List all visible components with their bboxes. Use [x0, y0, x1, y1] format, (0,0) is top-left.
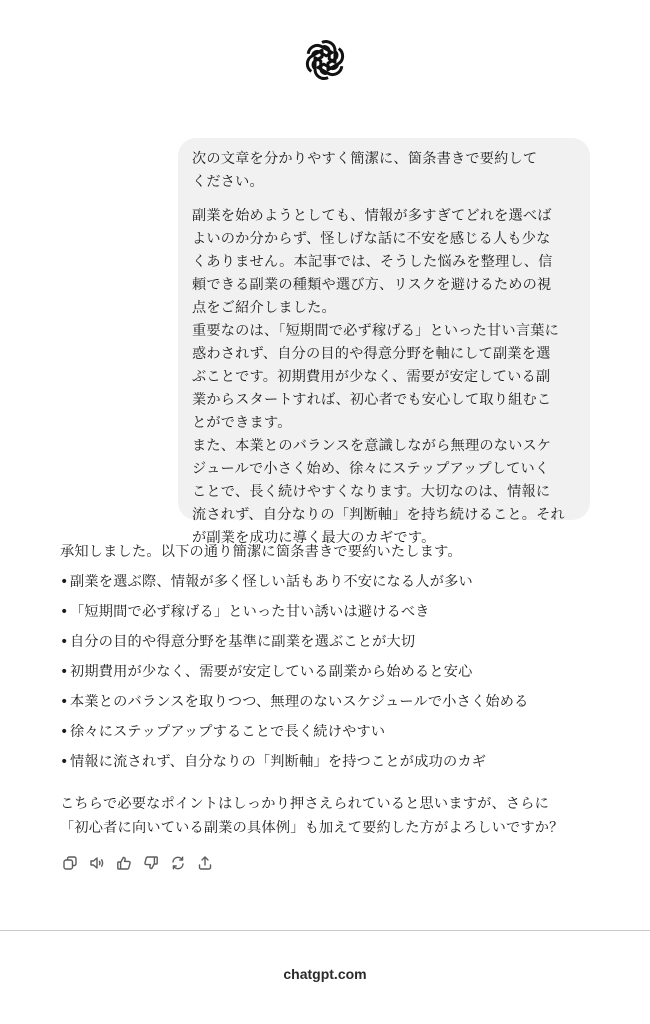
bullet-marker: •	[60, 570, 70, 594]
list-item: •徐々にステップアップすることで長く続けやすい	[60, 720, 600, 750]
bullet-text: 自分の目的や得意分野を基準に副業を選ぶことが大切	[70, 634, 415, 650]
assistant-message: 承知しました。以下の通り簡潔に箇条書きで要約いたします。 •副業を選ぶ際、情報が…	[60, 540, 600, 840]
share-button[interactable]	[195, 854, 214, 873]
copy-icon	[62, 855, 78, 871]
user-message-instruction: 次の文章を分かりやすく簡潔に、箇条書きで要約して ください。	[192, 148, 576, 194]
openai-logo-icon	[302, 37, 348, 83]
summary-bullet-list: •副業を選ぶ際、情報が多く怪しい話もあり不安になる人が多い •「短期間で必ず稼げ…	[60, 570, 600, 780]
regenerate-icon	[170, 855, 186, 871]
thumbs-up-icon	[116, 855, 132, 871]
list-item: •副業を選ぶ際、情報が多く怪しい話もあり不安になる人が多い	[60, 570, 600, 600]
list-item: •情報に流されず、自分なりの「判断軸」を持つことが成功のカギ	[60, 750, 600, 780]
message-action-bar	[60, 853, 214, 873]
user-message-body: 副業を始めようとしても、情報が多すぎてどれを選べば よいのか分からず、怪しげな話…	[192, 205, 576, 550]
thumbs-up-button[interactable]	[114, 854, 133, 873]
share-icon	[197, 855, 213, 871]
bullet-text: 初期費用が少なく、需要が安定している副業から始めると安心	[70, 664, 473, 680]
bullet-text: 「短期間で必ず稼げる」といった甘い誘いは避けるべき	[70, 604, 430, 620]
assistant-closing-question: こちらで必要なポイントはしっかり押さえられていると思いますが、さらに 「初心者に…	[60, 792, 600, 840]
bullet-text: 副業を選ぶ際、情報が多く怪しい話もあり不安になる人が多い	[70, 574, 473, 590]
bullet-marker: •	[60, 750, 70, 774]
list-item: •「短期間で必ず稼げる」といった甘い誘いは避けるべき	[60, 600, 600, 630]
thumbs-down-icon	[143, 855, 159, 871]
bullet-text: 情報に流されず、自分なりの「判断軸」を持つことが成功のカギ	[70, 754, 486, 770]
assistant-intro: 承知しました。以下の通り簡潔に箇条書きで要約いたします。	[60, 540, 600, 564]
regenerate-button[interactable]	[168, 854, 187, 873]
bullet-marker: •	[60, 660, 70, 684]
bullet-marker: •	[60, 720, 70, 744]
footer-divider	[0, 930, 650, 931]
bullet-marker: •	[60, 630, 70, 654]
read-aloud-button[interactable]	[87, 854, 106, 873]
bullet-marker: •	[60, 600, 70, 624]
bullet-text: 本業とのバランスを取りつつ、無理のないスケジュールで小さく始める	[70, 694, 529, 710]
read-aloud-icon	[89, 855, 105, 871]
list-item: •自分の目的や得意分野を基準に副業を選ぶことが大切	[60, 630, 600, 660]
list-item: •初期費用が少なく、需要が安定している副業から始めると安心	[60, 660, 600, 690]
thumbs-down-button[interactable]	[141, 854, 160, 873]
list-item: •本業とのバランスを取りつつ、無理のないスケジュールで小さく始める	[60, 690, 600, 720]
footer-domain: chatgpt.com	[0, 966, 650, 982]
bullet-text: 徐々にステップアップすることで長く続けやすい	[70, 724, 385, 740]
copy-button[interactable]	[60, 854, 79, 873]
user-message-bubble: 次の文章を分かりやすく簡潔に、箇条書きで要約して ください。 副業を始めようとし…	[178, 138, 590, 520]
bullet-marker: •	[60, 690, 70, 714]
